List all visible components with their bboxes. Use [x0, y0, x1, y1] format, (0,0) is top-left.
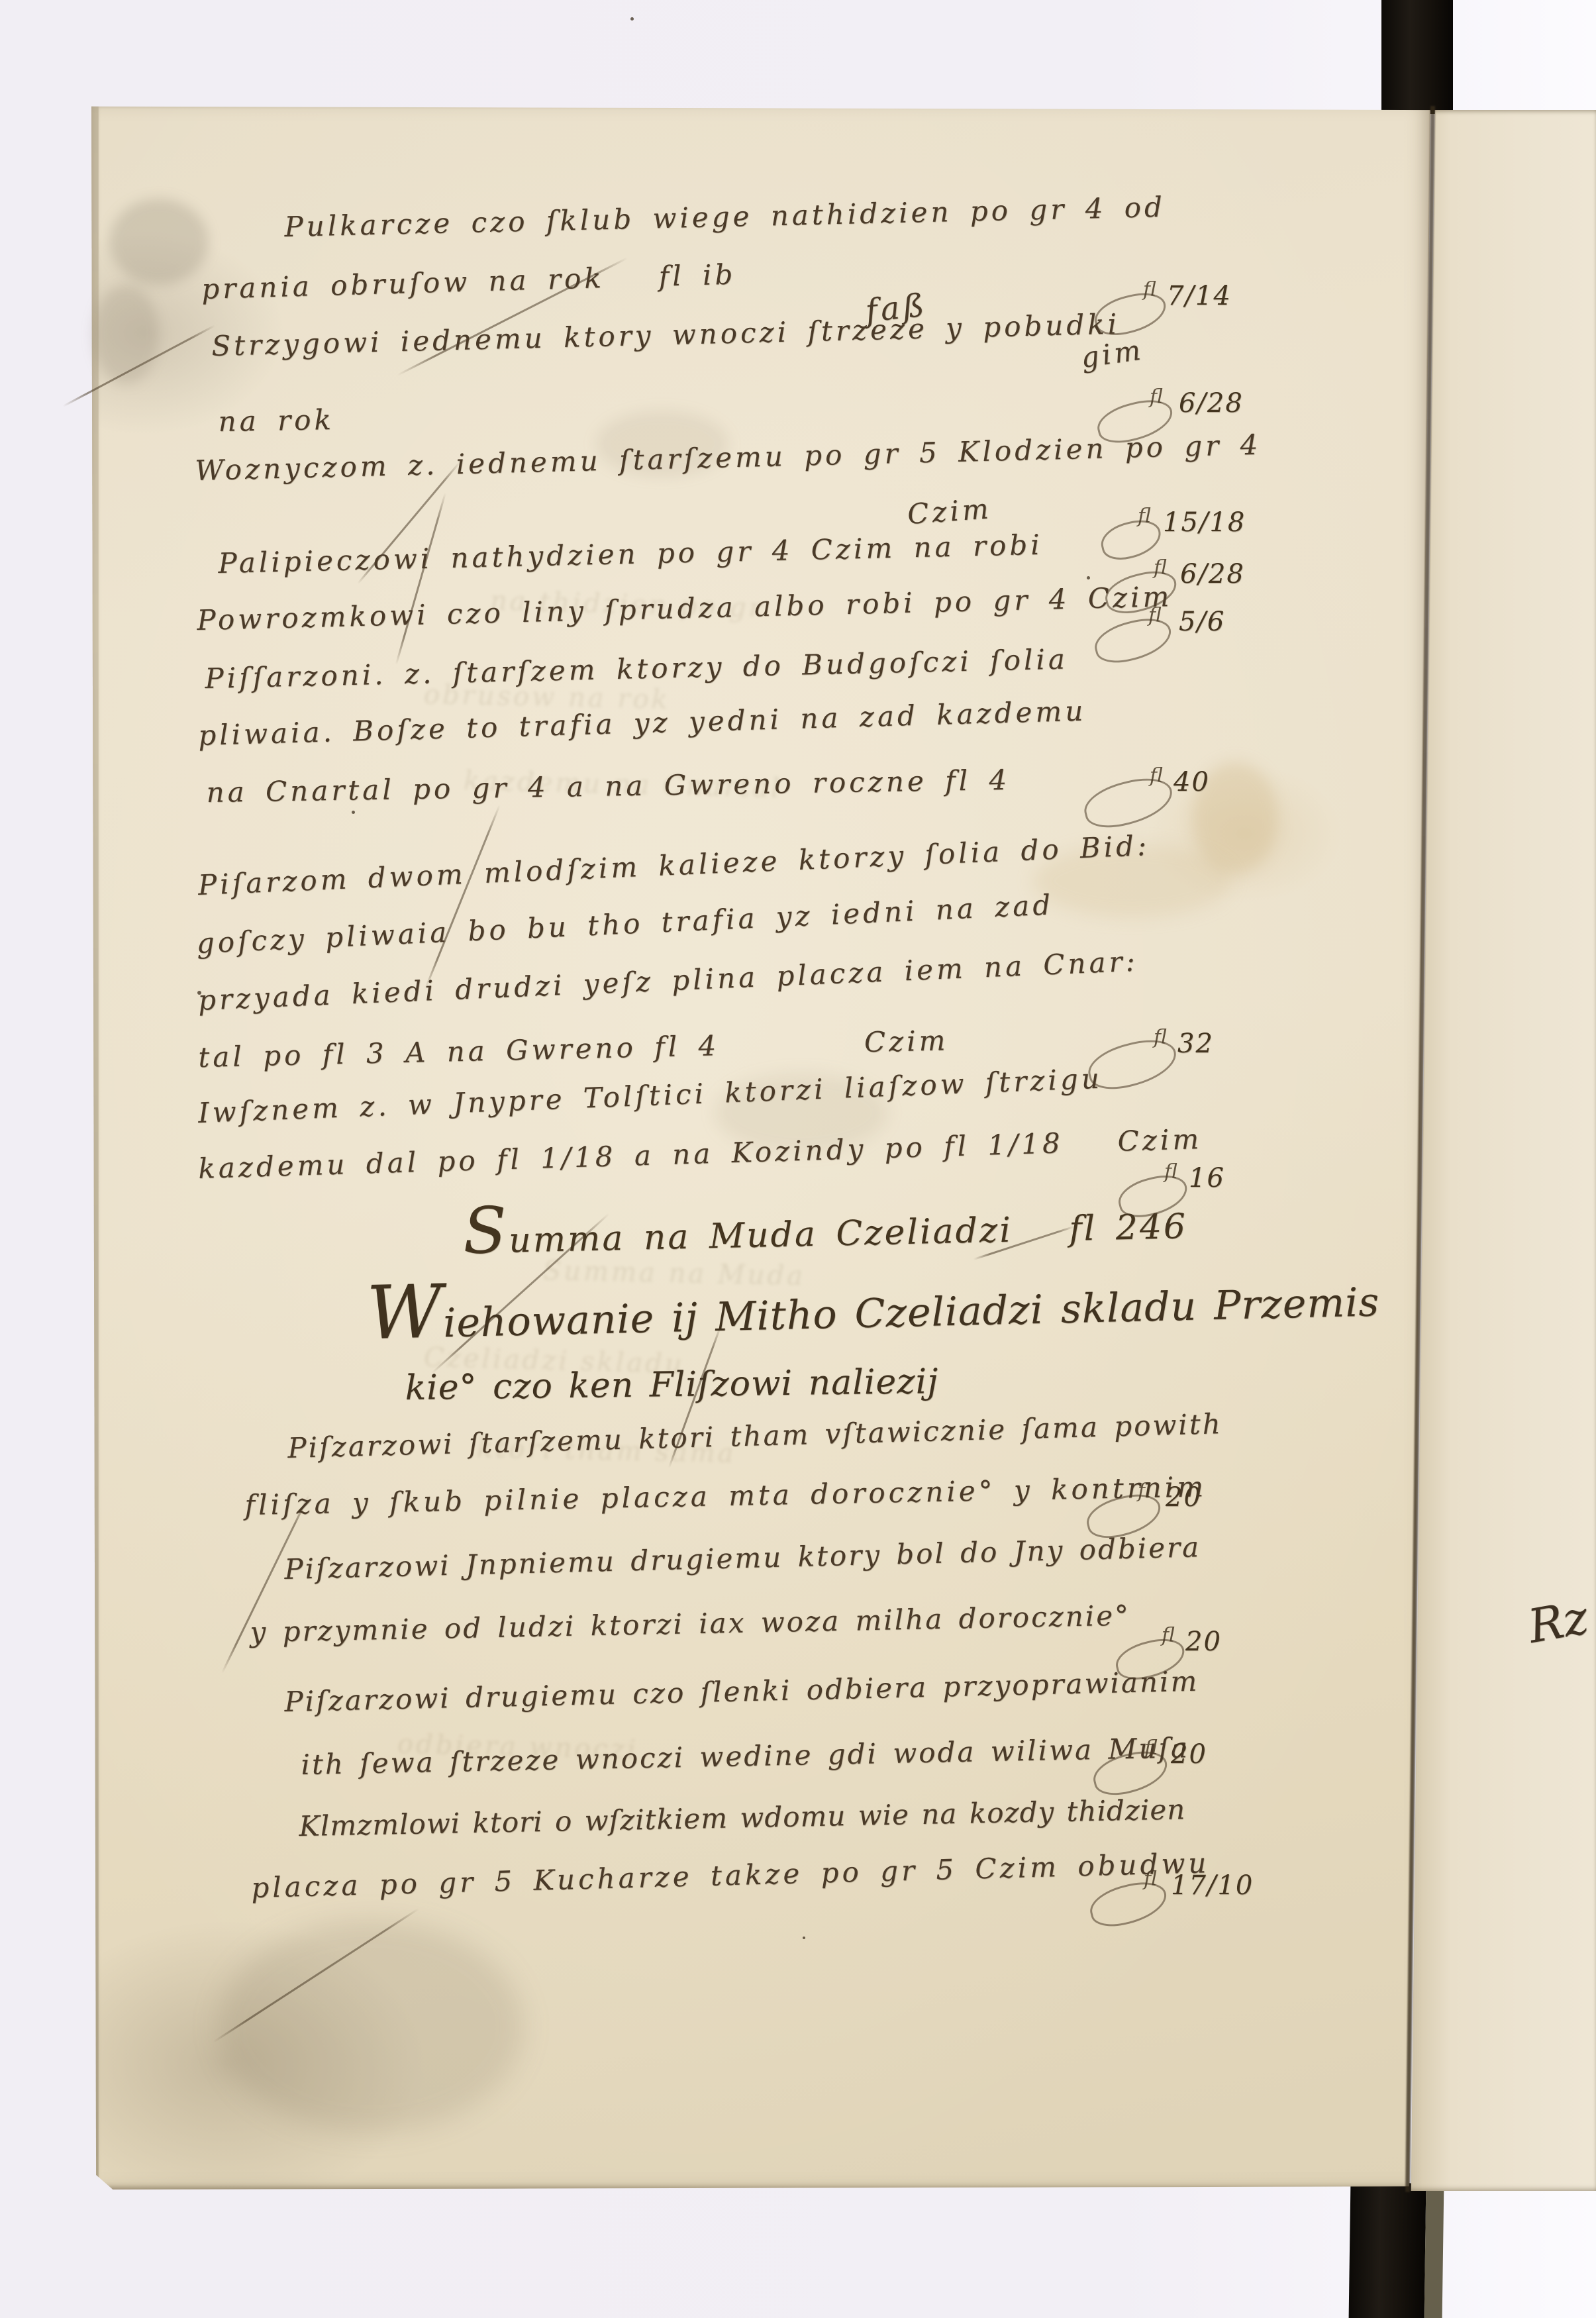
page-deckle-edge	[91, 103, 99, 2190]
binding-ribbon-top	[1381, 0, 1453, 114]
manuscript-left-page	[91, 103, 1432, 2190]
scanned-manuscript: na thidzien po grobrusow na rokkazdemu n…	[0, 0, 1596, 2318]
ink-speck	[630, 17, 634, 21]
ribbon-shadow-sliver	[1424, 2185, 1444, 2318]
manuscript-next-page-sliver	[1405, 110, 1596, 2191]
binding-ribbon-bottom	[1349, 2182, 1426, 2318]
